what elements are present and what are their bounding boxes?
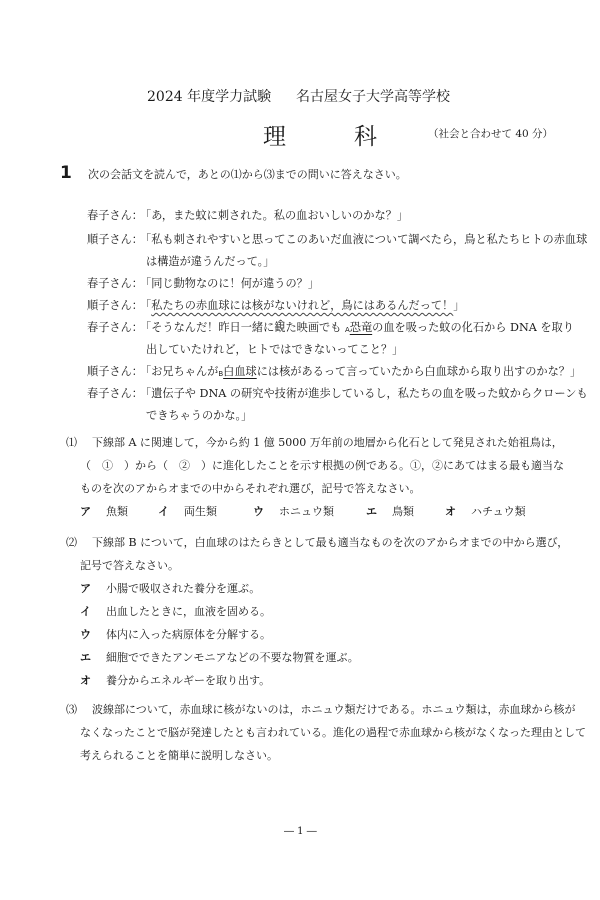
sub-question-text: 波線部について，赤血球に核がないのは，ホニュウ類だけである。ホニュウ類は，赤血球… xyxy=(92,701,576,717)
subject-title-char1: 理 xyxy=(263,118,286,151)
speech: は構造が違うんだって。」 xyxy=(146,250,274,274)
speech-part: た映画でも xyxy=(285,321,341,334)
speaker: 春子さん： xyxy=(87,204,143,228)
option: オ養分からエネルギーを取り出す。 xyxy=(80,672,270,688)
option: ウホニュウ類 xyxy=(253,503,334,519)
option: エ細胞でできたアンモニアなどの不要な物質を運ぶ。 xyxy=(80,649,359,665)
option-text: 鳥類 xyxy=(392,505,414,518)
option: ウ体内に入った病原体を分解する。 xyxy=(80,626,271,642)
quote-close: 」 xyxy=(453,299,464,312)
option-letter: オ xyxy=(80,672,106,688)
speech: 「遺伝子や DNA の研究や技術が進歩しているし，私たちの血を吸った蚊からクロー… xyxy=(140,382,588,406)
speech: できちゃうのかな。」 xyxy=(146,404,252,428)
option-text: 魚類 xyxy=(106,505,128,518)
speech-part: の血を吸った蚊の化石から DNA を取り xyxy=(372,321,574,334)
option-letter: ウ xyxy=(253,503,279,519)
option-letter: エ xyxy=(366,503,392,519)
option: ア魚類 xyxy=(80,503,128,519)
option-text: 細胞でできたアンモニアなどの不要な物質を運ぶ。 xyxy=(106,651,359,664)
speech-part: 「お兄ちゃんが xyxy=(140,365,218,378)
sub-question-text: 記号で答えなさい。 xyxy=(80,557,179,573)
option-text: 両生類 xyxy=(184,505,217,518)
underlined-text-a: 恐竜 xyxy=(350,321,372,334)
speech: 「私も刺されやすいと思ってこのあいだ血液について調べたら，鳥と私たちヒトの赤血球 xyxy=(140,228,587,252)
speaker: 春子さん： xyxy=(87,316,143,340)
time-note: （社会と合わせて 40 分） xyxy=(428,126,553,141)
speaker: 順子さん： xyxy=(87,360,143,384)
speaker: 順子さん： xyxy=(87,228,143,252)
page-number: ― 1 ― xyxy=(284,826,317,837)
option-text: 体内に入った病原体を分解する。 xyxy=(106,628,271,641)
option-letter: イ xyxy=(158,503,184,519)
emphasized-char: 観 xyxy=(274,321,285,334)
option: エ鳥類 xyxy=(366,503,414,519)
quote-open: 「 xyxy=(140,299,151,312)
option: イ出血したときに，血液を固める。 xyxy=(80,603,271,619)
school-name: 名古屋女子大学高等学校 xyxy=(296,86,450,106)
option-letter: イ xyxy=(80,603,106,619)
question-number: 1 xyxy=(60,163,72,183)
sub-question-label: ⑵ xyxy=(66,534,77,550)
option-text: 小腸で吸収された養分を運ぶ。 xyxy=(106,582,260,595)
speech: 「あ，また蚊に刺された。私の血おいしいのかな？」 xyxy=(140,204,408,228)
underlined-text-b: 白血球 xyxy=(223,365,257,378)
speaker: 春子さん： xyxy=(87,382,143,406)
sub-question-label: ⑶ xyxy=(66,701,77,717)
option-letter: ア xyxy=(80,580,106,596)
option-letter: ア xyxy=(80,503,106,519)
sub-question-text: なくなったことで脳が発達したとも言われている。進化の過程で赤血球から核がなくなっ… xyxy=(80,724,586,740)
option: オハチュウ類 xyxy=(445,503,526,519)
exam-title: 2024 年度学力試験 xyxy=(147,86,271,106)
option-letter: ウ xyxy=(80,626,106,642)
speech: 「同じ動物なのに！何が違うの？」 xyxy=(140,272,319,296)
option-text: 養分からエネルギーを取り出す。 xyxy=(106,674,270,687)
subject-title-char2: 科 xyxy=(354,118,377,151)
wavy-underlined-text: 私たちの赤血球には核がないけれど，鳥にはあるんだって！ xyxy=(151,299,453,312)
question-instruction: 次の会話文を読んで，あとの⑴から⑶までの問いに答えなさい。 xyxy=(88,166,407,182)
option: イ両生類 xyxy=(158,503,217,519)
option: ア小腸で吸収された養分を運ぶ。 xyxy=(80,580,260,596)
sub-question-label: ⑴ xyxy=(66,434,77,450)
sub-question-text: 下線部 A に関連して，今から約 1 億 5000 万年前の地層から化石として発… xyxy=(92,434,563,450)
sub-question-text: 考えられることを簡単に説明しなさい。 xyxy=(80,747,278,763)
sub-question-text: ものを次のアからオまでの中からそれぞれ選び，記号で答えなさい。 xyxy=(80,480,421,496)
speech: 「私たちの赤血球には核がないけれど，鳥にはあるんだって！」 xyxy=(140,294,464,318)
option-text: ハチュウ類 xyxy=(471,505,526,518)
sub-question-text: （ ① ）から（ ② ）に進化したことを示す根拠の例である。①，②にあてはまる最… xyxy=(80,457,564,473)
option-text: ホニュウ類 xyxy=(279,505,334,518)
speech-part: 「そうなんだ！昨日一緒に xyxy=(140,321,274,334)
speech-part: には核があるって言っていたから白血球から取り出すのかな？」 xyxy=(257,365,581,378)
speaker: 順子さん： xyxy=(87,294,143,318)
sub-question-text: 下線部 B について，白血球のはたらきとして最も適当なものを次のアからオまでの中… xyxy=(92,534,568,550)
option-text: 出血したときに，血液を固める。 xyxy=(106,605,271,618)
option-letter: オ xyxy=(445,503,471,519)
option-letter: エ xyxy=(80,649,106,665)
speech: 出していたけれど，ヒトではできないってこと？」 xyxy=(146,338,403,362)
speaker: 春子さん： xyxy=(87,272,143,296)
